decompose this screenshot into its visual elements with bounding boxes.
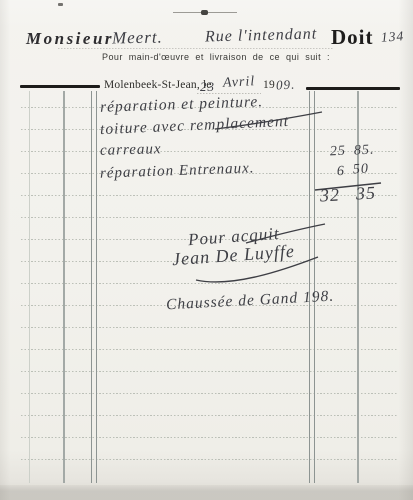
column-rule-amount-left [309, 91, 315, 483]
item-amount-centimes: 85. [354, 142, 375, 159]
date-year-handwritten: 09. [276, 77, 296, 94]
item-description: carreaux [100, 141, 162, 160]
total-francs: 32 [319, 184, 340, 206]
client-address-handwritten: Rue l'intendant [205, 26, 318, 47]
divider-diamond-icon [201, 10, 208, 15]
year-printed-label: 19 [263, 79, 275, 91]
ledger-ruled-line [21, 459, 398, 460]
right-thick-rule [306, 87, 400, 90]
date-month-handwritten: Avril [223, 74, 256, 92]
name-blank-line [58, 48, 333, 49]
ledger-ruled-line [21, 415, 398, 416]
salutation-label: Monsieur [26, 29, 114, 49]
column-rule-description-left [91, 91, 97, 483]
ledger-ruled-line [21, 371, 398, 372]
doit-amount-handwritten: 134 [380, 28, 404, 46]
invoice-document: Monsieur Meert. Rue l'intendant Doit 134… [0, 0, 413, 500]
ledger-ruled-line [21, 195, 398, 196]
divider-ornament-icon [173, 10, 237, 16]
ledger-ruled-line [21, 349, 398, 350]
subtitle-label: Pour main-d'œuvre et livraison de ce qui… [20, 52, 412, 62]
item-description: réparation Entrenaux. [100, 160, 255, 182]
place-date-label: Molenbeek-St-Jean, le [104, 79, 212, 91]
doit-label: Doit [331, 25, 374, 50]
ink-speck [58, 3, 63, 6]
item-description: toiture avec remplacement [100, 113, 290, 139]
left-thick-rule [20, 85, 100, 88]
item-amount-francs: 6 [337, 164, 346, 180]
item-description: réparation et peinture. [100, 93, 264, 117]
item-amount-francs: 25 [330, 144, 347, 161]
ledger-ruled-line [21, 217, 398, 218]
column-rule-margin [29, 91, 30, 483]
date-day-handwritten: 23 [200, 79, 215, 95]
total-centimes: 35 [355, 182, 376, 204]
ledger-ruled-line [21, 327, 398, 328]
client-name-handwritten: Meert. [112, 28, 163, 49]
item-amount-centimes: 50 [353, 162, 370, 179]
paper-bottom-edge-shadow [0, 485, 413, 500]
ledger-ruled-line [21, 437, 398, 438]
column-rule-date [63, 91, 65, 483]
ledger-ruled-line [21, 283, 398, 284]
ledger-ruled-line [21, 393, 398, 394]
